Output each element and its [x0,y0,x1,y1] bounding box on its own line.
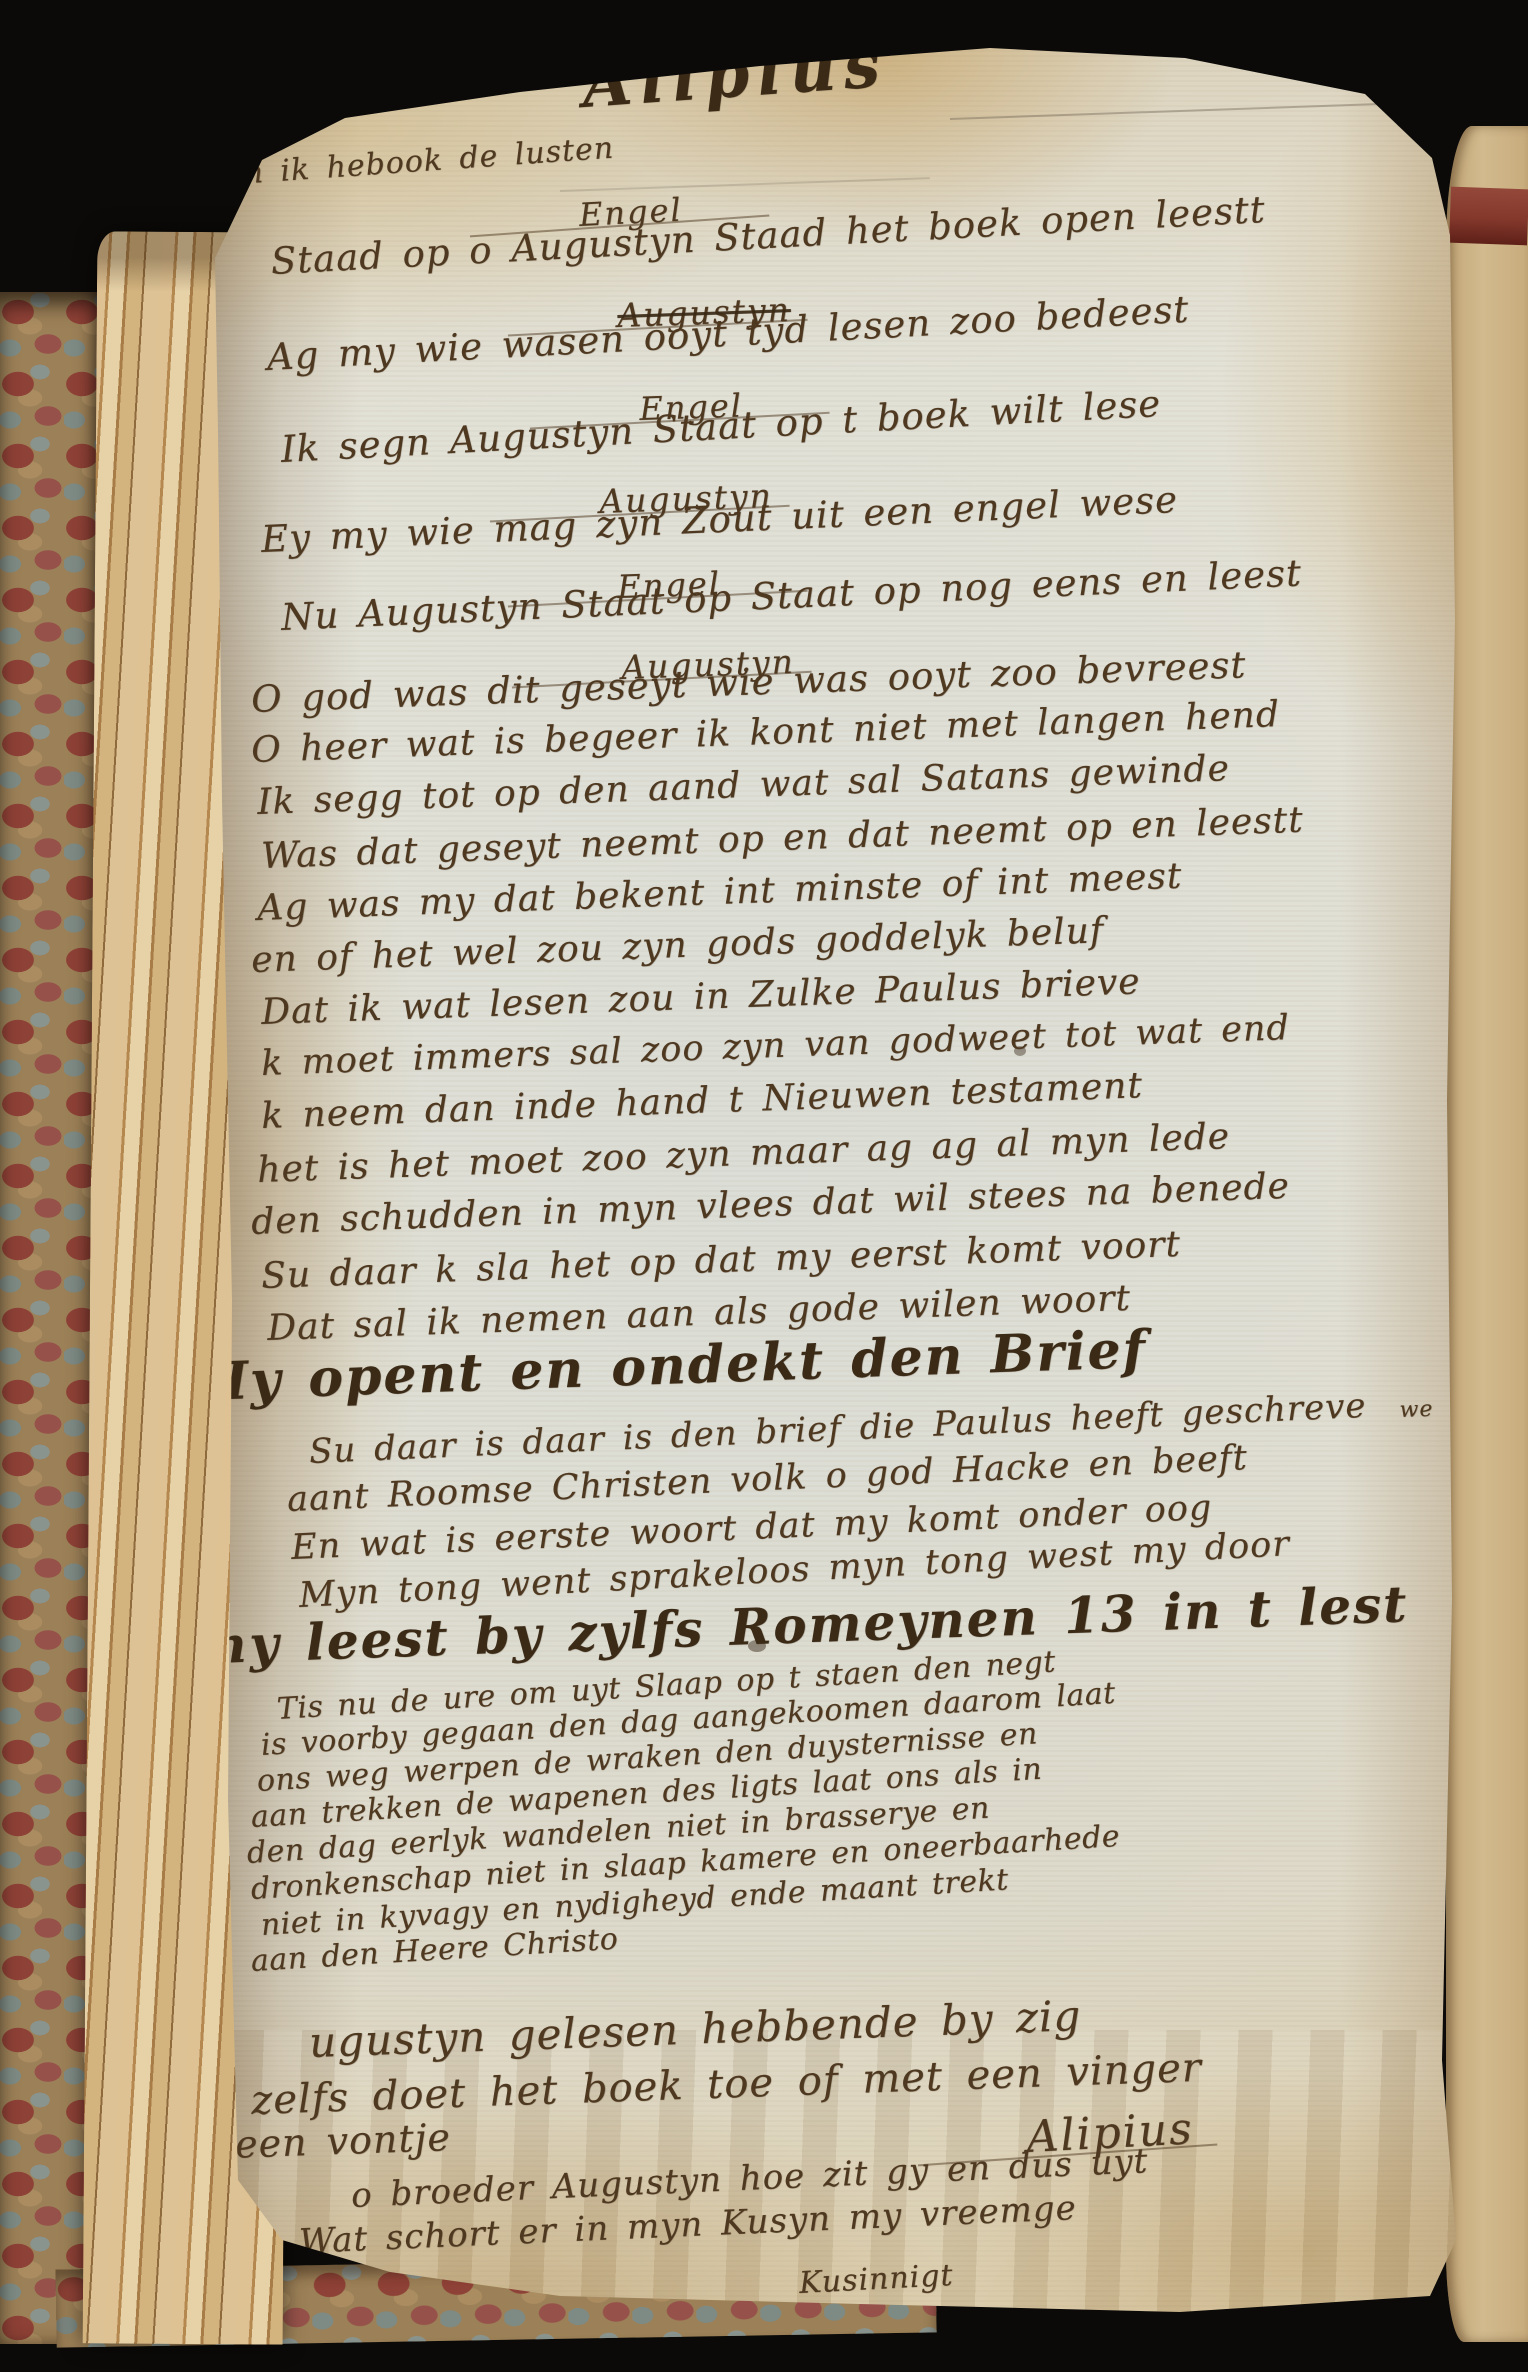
right-edge-shade [1340,60,1460,2320]
adjacent-page-fore-edge [1446,126,1528,2342]
superscript-word: we [1399,1397,1434,1423]
photo-of-manuscript-book: Alipius En ik hebook de lusten Engel Sta… [0,0,1528,2372]
red-cover-sliver [1449,187,1528,246]
gutter-shadow [212,60,362,2320]
